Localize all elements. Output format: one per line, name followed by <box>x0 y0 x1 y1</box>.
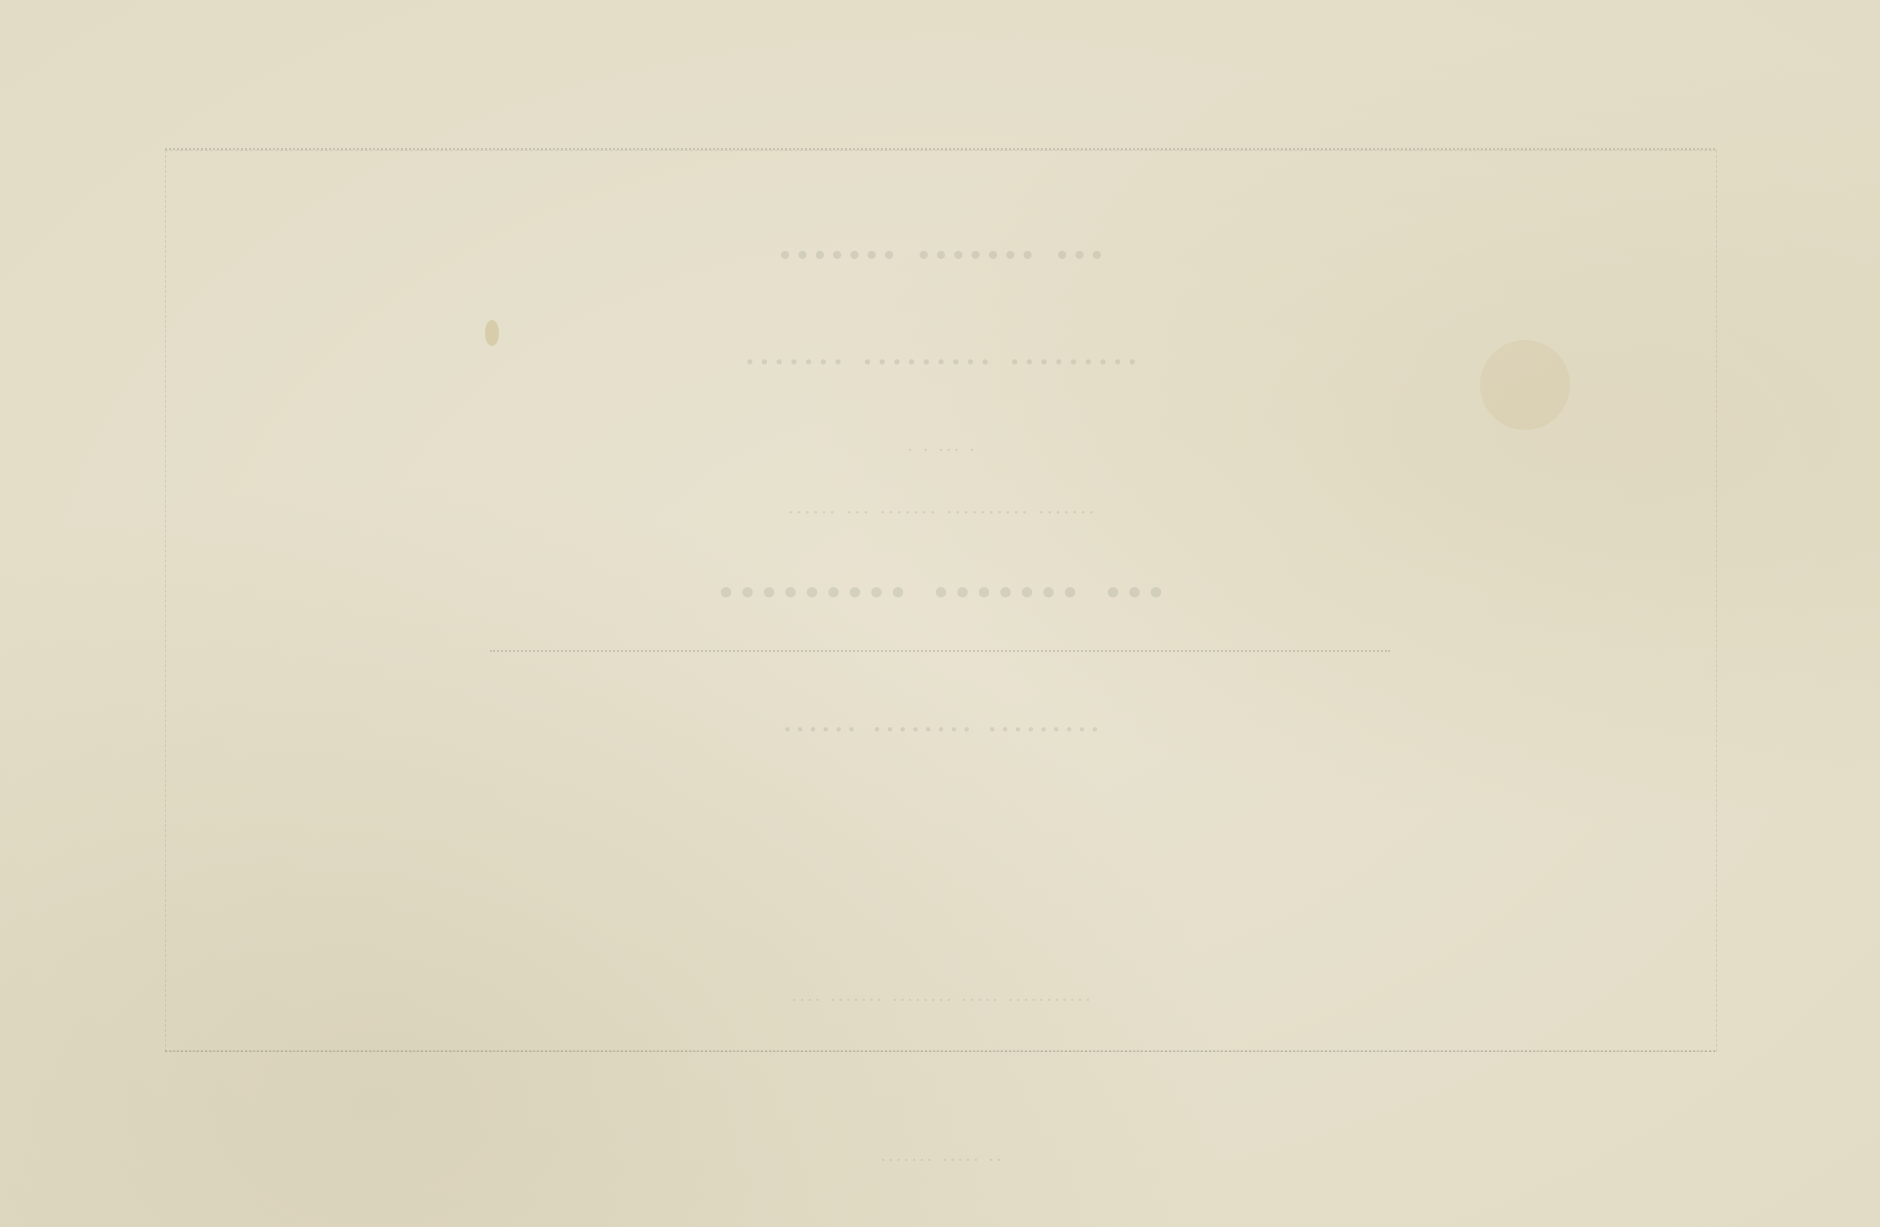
stain-spot <box>485 320 499 346</box>
bottom-rule-ghost <box>165 1050 1715 1052</box>
ghost-title: ··· ······· ········· <box>0 560 1880 626</box>
ghost-line-6: ········· ········ ······ <box>0 710 1880 750</box>
stain-spot <box>1480 340 1570 430</box>
ghost-small-line: · ··· · · <box>0 440 1880 461</box>
ghost-footer: ·· ····· ······· <box>0 1150 1880 1171</box>
ghost-line-7: ··········· ····· ········ ······· ···· <box>0 990 1880 1011</box>
ghost-heading: ··· ······· ······· <box>0 230 1880 281</box>
top-rule-ghost <box>165 148 1715 150</box>
ghost-subheading: ········· ········· ······· <box>0 340 1880 386</box>
document-page: ··· ······· ······· ········· ········· … <box>0 0 1880 1227</box>
mid-rule-ghost <box>490 650 1390 652</box>
ghost-body-line: ······· ·········· ······· ··· ······ <box>0 500 1880 524</box>
